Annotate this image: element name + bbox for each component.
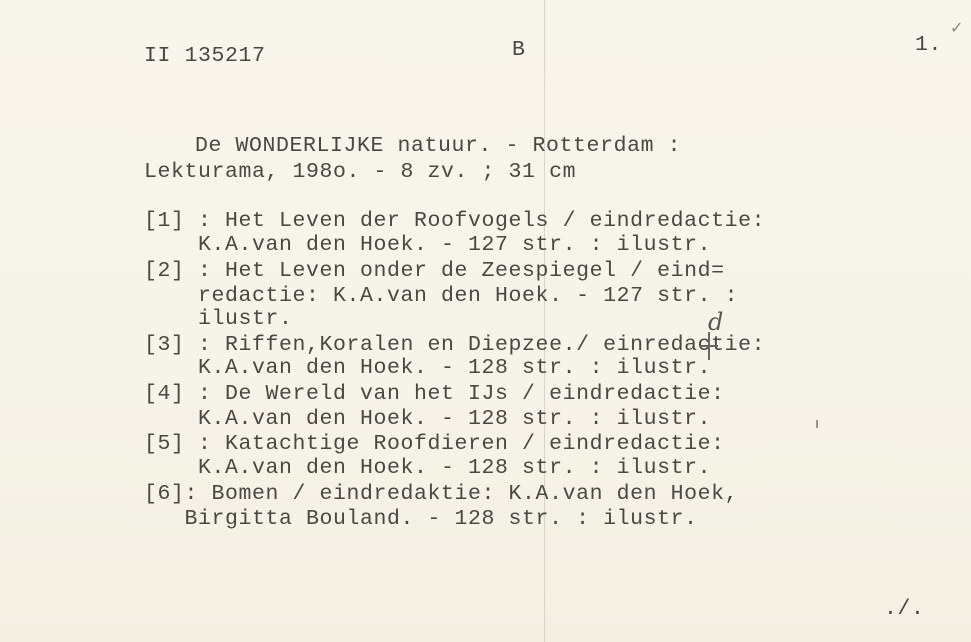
volume-line: Birgitta Bouland. - 128 str. : ilustr. bbox=[144, 507, 698, 531]
volume-line: K.A.van den Hoek. - 128 str. : ilustr. bbox=[144, 356, 711, 380]
ink-speck bbox=[816, 420, 818, 428]
volume-line: [4] : De Wereld van het IJs / eindredact… bbox=[144, 382, 725, 406]
call-number: II 135217 bbox=[144, 44, 266, 68]
volume-line: [1] : Het Leven der Roofvogels / eindred… bbox=[144, 209, 765, 233]
volume-line: K.A.van den Hoek. - 127 str. : ilustr. bbox=[144, 233, 711, 257]
volume-line: [2] : Het Leven onder de Zeespiegel / ei… bbox=[144, 259, 725, 283]
title-line-2: Lekturama, 198o. - 8 zv. ; 31 cm bbox=[144, 160, 576, 184]
volume-line: [3] : Riffen,Koralen en Diepzee./ einred… bbox=[144, 333, 765, 357]
card-fold-line bbox=[544, 0, 545, 642]
volume-line: ilustr. bbox=[144, 307, 293, 331]
volume-line: K.A.van den Hoek. - 128 str. : ilustr. bbox=[144, 456, 711, 480]
volume-line: [6]: Bomen / eindredaktie: K.A.van den H… bbox=[144, 482, 738, 506]
check-mark-icon: ✓ bbox=[950, 18, 963, 37]
handwritten-correction: d bbox=[708, 308, 723, 336]
location-mark: B bbox=[512, 38, 526, 62]
volume-line: K.A.van den Hoek. - 128 str. : ilustr. bbox=[144, 407, 711, 431]
title-line-1: De WONDERLIJKE natuur. - Rotterdam : bbox=[195, 134, 681, 158]
catalog-card: II 135217 B 1. ✓ De WONDERLIJKE natuur. … bbox=[0, 0, 971, 642]
volume-line: redactie: K.A.van den Hoek. - 127 str. : bbox=[144, 284, 738, 308]
continuation-mark: ./. bbox=[884, 597, 925, 621]
volume-line: [5] : Katachtige Roofdieren / eindredact… bbox=[144, 432, 725, 456]
card-number: 1. bbox=[915, 33, 942, 57]
correction-mark bbox=[700, 345, 718, 347]
